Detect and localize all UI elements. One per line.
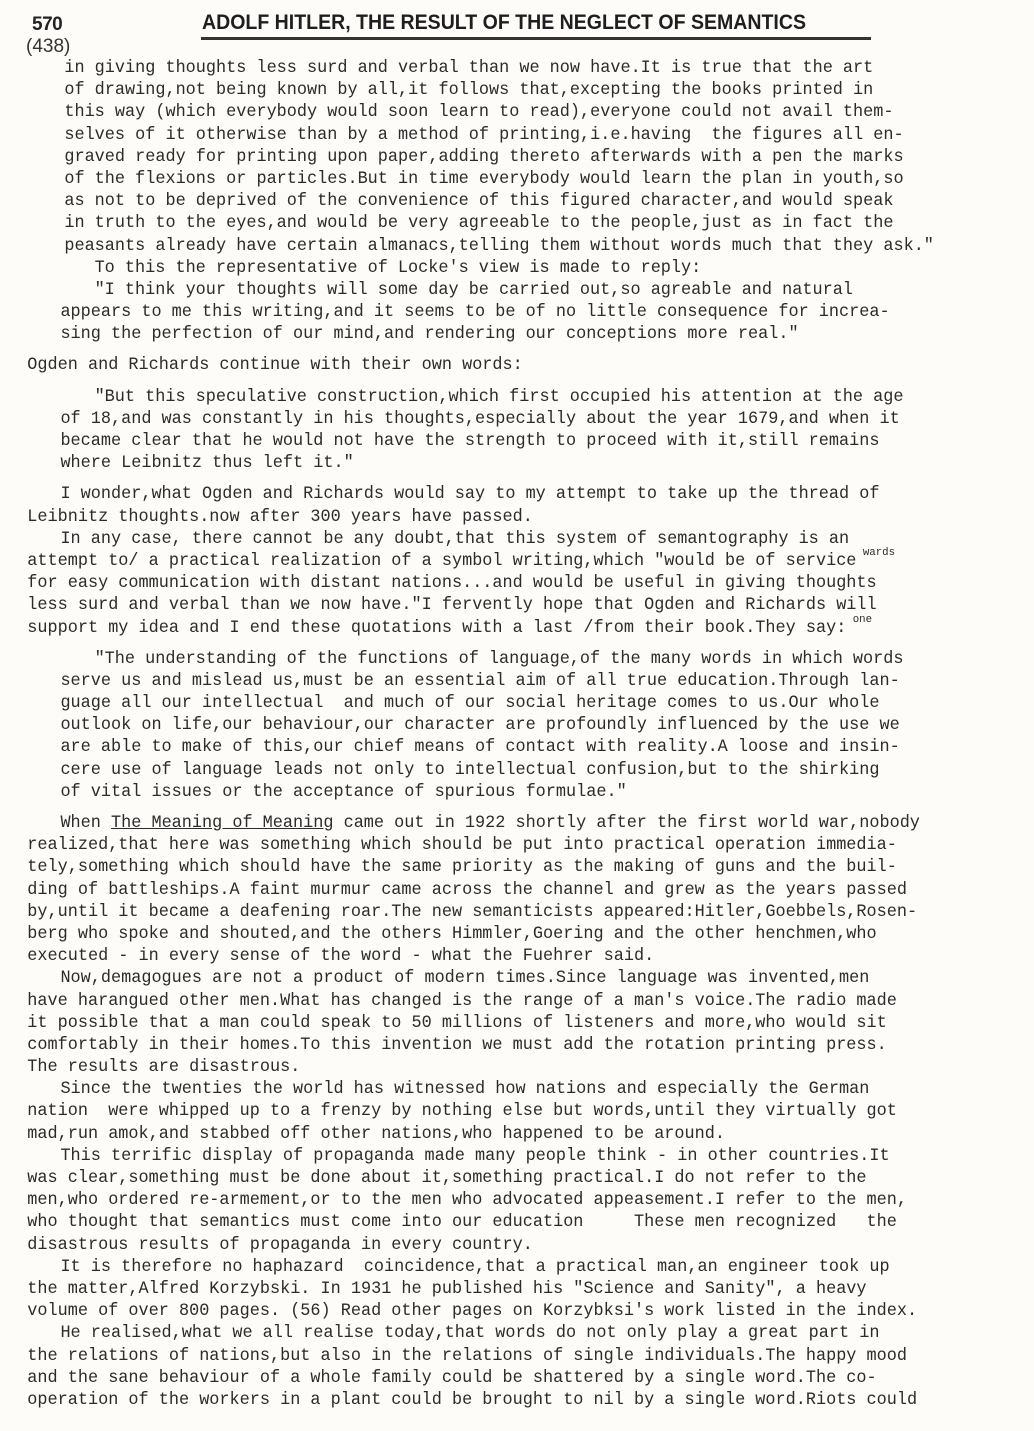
- text-line: the matter,Alfred Korzybski. In 1931 he …: [0, 1279, 1008, 1301]
- text-line: the relations of nations,but also in the…: [0, 1346, 1008, 1368]
- paragraph-gap: [0, 804, 1008, 813]
- text-line: mad,run amok,and stabbed off other natio…: [0, 1124, 1008, 1146]
- text-line: of drawing,not being known by all,it fol…: [0, 80, 1008, 102]
- text-line: To this the representative of Locke's vi…: [0, 258, 1008, 280]
- text-line: peasants already have certain almanacs,t…: [0, 236, 1008, 258]
- text-line: by,until it became a deafening roar.The …: [0, 902, 1008, 924]
- paragraph-gap: [0, 475, 1008, 484]
- text-line: This terrific display of propaganda made…: [0, 1146, 1008, 1168]
- text-line: are able to make of this,our chief means…: [0, 737, 1008, 759]
- text-line: berg who spoke and shouted,and the other…: [0, 924, 1008, 946]
- alt-page-number: (438): [26, 36, 70, 58]
- text-line: When The Meaning of Meaning came out in …: [0, 813, 1008, 835]
- text-line: where Leibnitz thus left it.": [0, 453, 1008, 475]
- text-line: in truth to the eyes,and would be very a…: [0, 213, 1008, 235]
- paragraph-gap: [0, 640, 1008, 649]
- text-line: for easy communication with distant nati…: [0, 573, 1008, 595]
- text-line: It is therefore no haphazard coincidence…: [0, 1257, 1008, 1279]
- text-line: sing the perfection of our mind,and rend…: [0, 324, 1008, 346]
- header-rule: [201, 37, 871, 40]
- text-line: this way (which everybody would soon lea…: [0, 102, 1008, 124]
- text-line: and the sane behaviour of a whole family…: [0, 1368, 1008, 1390]
- text-line: support my idea and I end these quotatio…: [0, 618, 1008, 640]
- body-text: in giving thoughts less surd and verbal …: [0, 58, 1008, 1412]
- text-line: Now,demagogues are not a product of mode…: [0, 968, 1008, 990]
- text-line: nation were whipped up to a frenzy by no…: [0, 1101, 1008, 1123]
- text-line: Since the twenties the world has witness…: [0, 1079, 1008, 1101]
- page-number: 570: [32, 14, 62, 36]
- text-line: appears to me this writing,and it seems …: [0, 302, 1008, 324]
- text-line: as not to be deprived of the convenience…: [0, 191, 1008, 213]
- text-line: it possible that a man could speak to 50…: [0, 1013, 1008, 1035]
- text-line: Ogden and Richards continue with their o…: [0, 355, 1008, 377]
- text-line: outlook on life,our behaviour,our charac…: [0, 715, 1008, 737]
- text-line: guage all our intellectual and much of o…: [0, 693, 1008, 715]
- text-line: became clear that he would not have the …: [0, 431, 1008, 453]
- book-title-underlined: The Meaning of Meaning: [111, 814, 333, 833]
- text-line: of vital issues or the acceptance of spu…: [0, 782, 1008, 804]
- handwritten-insertion: one: [846, 614, 872, 626]
- paragraph-gap: [0, 346, 1008, 355]
- handwritten-insertion: wards: [856, 547, 895, 559]
- text-line: who thought that semantics must come int…: [0, 1212, 1008, 1234]
- text-line: selves of it otherwise than by a method …: [0, 125, 1008, 147]
- text-line: "The understanding of the functions of l…: [0, 649, 1008, 671]
- text-line: Leibnitz thoughts.now after 300 years ha…: [0, 507, 1008, 529]
- text-line: was clear,something must be done about i…: [0, 1168, 1008, 1190]
- paragraph-gap: [0, 378, 1008, 387]
- text-line: He realised,what we all realise today,th…: [0, 1323, 1008, 1345]
- text-line: The results are disastrous.: [0, 1057, 1008, 1079]
- chapter-title: ADOLF HITLER, THE RESULT OF THE NEGLECT …: [202, 11, 806, 35]
- text-line: in giving thoughts less surd and verbal …: [0, 58, 1008, 80]
- text-line: men,who ordered re-armement,or to the me…: [0, 1190, 1008, 1212]
- text-line: operation of the workers in a plant coul…: [0, 1390, 1008, 1412]
- text-line: executed - in every sense of the word - …: [0, 946, 1008, 968]
- text-line: volume of over 800 pages. (56) Read othe…: [0, 1301, 1008, 1323]
- text-line: tely,something which should have the sam…: [0, 857, 1008, 879]
- text-line: ding of battleships.A faint murmur came …: [0, 880, 1008, 902]
- text-line: comfortably in their homes.To this inven…: [0, 1035, 1008, 1057]
- text-line: cere use of language leads not only to i…: [0, 760, 1008, 782]
- text-line: attempt to/ a practical realization of a…: [0, 551, 1008, 573]
- text-line: "But this speculative construction,which…: [0, 387, 1008, 409]
- text-line: "I think your thoughts will some day be …: [0, 280, 1008, 302]
- text-line: serve us and mislead us,must be an essen…: [0, 671, 1008, 693]
- text-line: I wonder,what Ogden and Richards would s…: [0, 484, 1008, 506]
- text-line: realized,that here was something which s…: [0, 835, 1008, 857]
- text-line: have harangued other men.What has change…: [0, 991, 1008, 1013]
- text-line: disastrous results of propaganda in ever…: [0, 1235, 1008, 1257]
- text-line: graved ready for printing upon paper,add…: [0, 147, 1008, 169]
- text-line: of 18,and was constantly in his thoughts…: [0, 409, 1008, 431]
- text-line: of the flexions or particles.But in time…: [0, 169, 1008, 191]
